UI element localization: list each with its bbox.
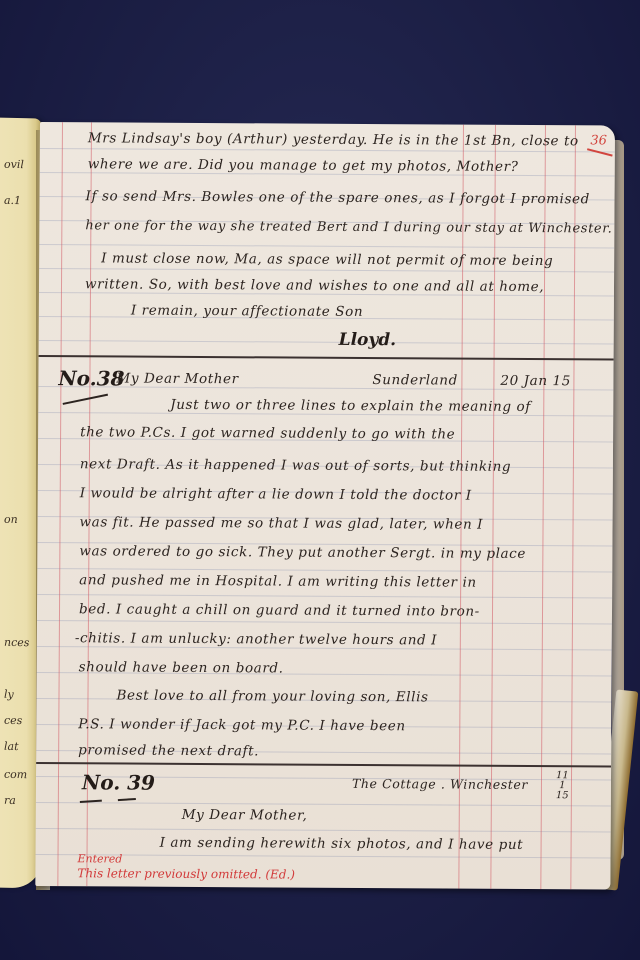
text-line: Just two or three lines to explain the m… (170, 397, 531, 415)
text-line: If so send Mrs. Bowles one of the spare … (85, 188, 589, 207)
salutation: My Dear Mother (116, 370, 238, 387)
text-line: promised the next draft. (78, 742, 259, 759)
salutation: My Dear Mother, (182, 807, 308, 824)
left-page-fragment: ces (4, 714, 22, 727)
letter-number-underline (63, 394, 108, 405)
text-line: was ordered to go sick. They put another… (79, 543, 526, 562)
signature: Lloyd. (339, 330, 397, 350)
text-line: where we are. Did you manage to get my p… (88, 156, 519, 175)
letter-place: The Cottage . Winchester (352, 776, 528, 792)
text-line: -chitis. I am unlucky: another twelve ho… (75, 630, 437, 648)
left-page-fragment: a.1 (4, 194, 21, 207)
left-page-fragment: ly (4, 688, 14, 701)
letter-date: 20 Jan 15 (500, 373, 571, 389)
editor-note-entered: Entered (77, 852, 122, 865)
left-page-fragment: on (4, 513, 18, 526)
letter-number-underline (118, 798, 136, 801)
text-line: was fit. He passed me so that I was glad… (80, 514, 484, 532)
left-page-fragment: nces (4, 636, 29, 650)
ledger-page: 36 Mrs Lindsay's boy (Arthur) yesterday.… (35, 122, 615, 889)
text-line: P.S. I wonder if Jack got my P.C. I have… (78, 716, 405, 734)
text-line: bed. I caught a chill on guard and it tu… (79, 601, 480, 619)
text-line: her one for the way she treated Bert and… (85, 218, 612, 236)
left-page-fragment: ra (4, 794, 16, 807)
text-line: I remain, your affectionate Son (131, 303, 363, 320)
text-line: the two P.Cs. I got warned suddenly to g… (80, 424, 455, 442)
text-line: Mrs Lindsay's boy (Arthur) yesterday. He… (88, 130, 579, 149)
letter-divider (39, 355, 614, 361)
date-year: 15 (556, 791, 569, 801)
editor-note: This letter previously omitted. (Ed.) (77, 866, 295, 881)
letter-divider (36, 762, 611, 768)
letter-place: Sunderland (372, 372, 458, 389)
text-line: should have been on board. (79, 659, 284, 676)
letter-number: No. 39 (82, 770, 155, 794)
text-line: and pushed me in Hospital. I am writing … (79, 572, 477, 590)
text-line: written. So, with best love and wishes t… (85, 276, 544, 295)
left-page-fragment: com (4, 768, 27, 781)
left-page-fragment: lat (4, 740, 19, 753)
letter-number: No.38 (58, 366, 124, 390)
text-line: I must close now, Ma, as space will not … (101, 250, 553, 269)
text-line: I would be alright after a lie down I to… (80, 485, 472, 503)
text-line: Best love to all from your loving son, E… (116, 687, 428, 705)
page-number: 36 (590, 133, 607, 148)
left-page-fragment: ovil (4, 158, 24, 171)
text-line: next Draft. As it happened I was out of … (80, 456, 511, 475)
text-line: I am sending herewith six photos, and I … (160, 835, 524, 853)
letter-date: 11 1 15 (556, 771, 569, 801)
